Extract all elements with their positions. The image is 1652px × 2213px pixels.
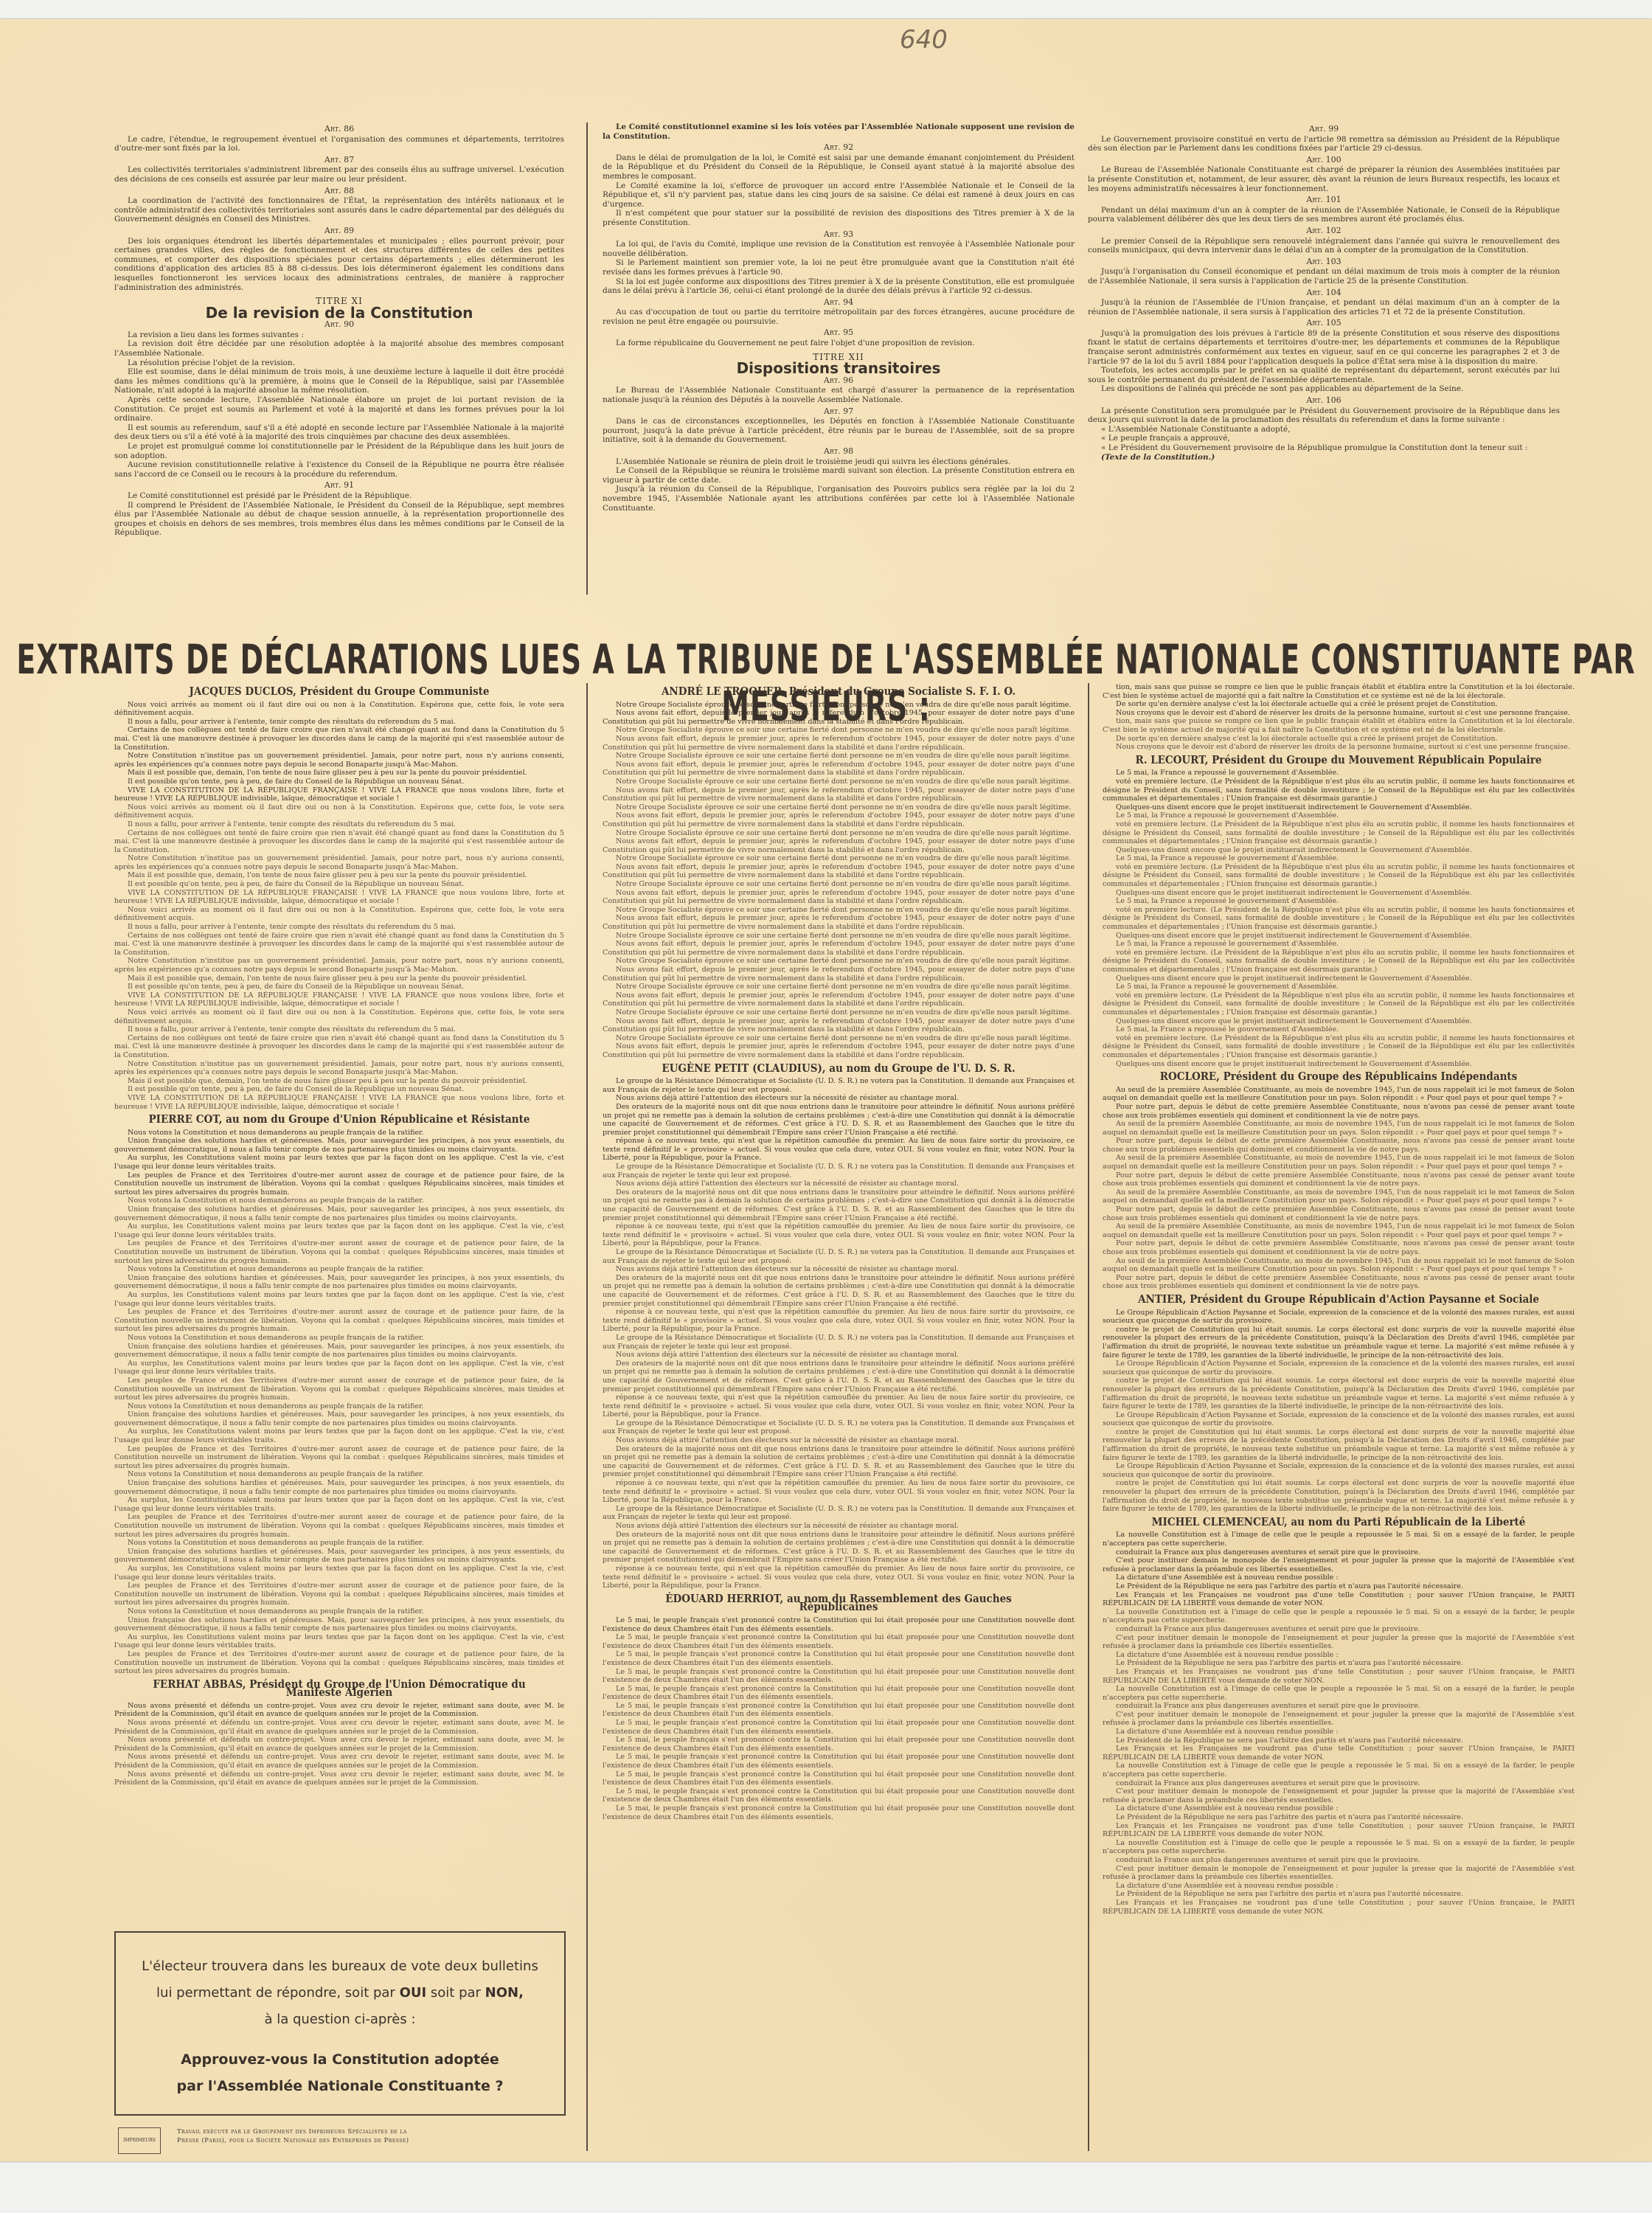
article-paragraph: Le projet est promulgué comme loi consti… xyxy=(114,442,564,460)
article-paragraph: Elle est soumise, dans le délai minimum … xyxy=(114,367,564,395)
constitution-closing: (Texte de la Constitution.) xyxy=(1088,453,1560,463)
speech-paragraph: Nous avions déjà attiré l'attention des … xyxy=(603,1522,1075,1531)
speech-paragraph: Quelques-uns disent encore que le projet… xyxy=(1103,1017,1575,1026)
speech-paragraph: Nous avons fait effort, depuis le premie… xyxy=(603,991,1075,1008)
speech-paragraph: Le groupe de la Résistance Démocratique … xyxy=(603,1419,1075,1436)
speech-paragraph: Au surplus, les Constitutions valent moi… xyxy=(114,1633,564,1650)
speech-paragraph: voté en première lecture. (Le Président … xyxy=(1103,863,1575,889)
article-number: Art. 96 xyxy=(603,376,1075,386)
speech-paragraph: Nous votons la Constitution et nous dema… xyxy=(114,1402,564,1411)
speech-paragraph: Union française des solutions hardies et… xyxy=(114,1616,564,1633)
speech-paragraph: Les Français et les Françaises ne voudro… xyxy=(1103,1591,1575,1608)
article-paragraph: Le Comité constitutionnel examine si les… xyxy=(603,122,1075,141)
oui-label: OUI xyxy=(400,1985,427,2001)
speech-paragraph: Nous avons fait effort, depuis le premie… xyxy=(603,811,1075,828)
speech-paragraph: Nous avons fait effort, depuis le premie… xyxy=(603,863,1075,880)
speech-paragraph: Notre Groupe Socialiste éprouve ce soir … xyxy=(603,752,1075,761)
speech-paragraph: Certains de nos collègues ont tenté de f… xyxy=(114,726,564,752)
speech-paragraph: conduirait la France aux plus dangereuse… xyxy=(1103,1548,1575,1557)
handwritten-number: 640 xyxy=(900,25,948,55)
referendum-question-2: par l'Assemblée Nationale Constituante ? xyxy=(116,2073,564,2099)
speech-paragraph: Nous avons présenté et défendu un contre… xyxy=(114,1753,564,1770)
speech-paragraph: Le Groupe Républicain d'Action Paysanne … xyxy=(1103,1411,1575,1428)
article-paragraph: Il comprend le Président de l'Assemblée … xyxy=(114,501,564,538)
article-paragraph: Il est soumis au referendum, sauf s'il a… xyxy=(114,423,564,442)
speech-paragraph: Au surplus, les Constitutions valent moi… xyxy=(114,1496,564,1513)
speech-paragraph: Notre Groupe Socialiste éprouve ce soir … xyxy=(603,854,1075,863)
speech-paragraph: Nous avons fait effort, depuis le premie… xyxy=(603,1042,1075,1059)
speech-paragraph: VIVE LA CONSTITUTION DE LA RÉPUBLIQUE FR… xyxy=(114,786,564,803)
speech-paragraph: Pour notre part, depuis le début de cett… xyxy=(1103,1274,1575,1291)
speech-paragraph: voté en première lecture. (Le Président … xyxy=(1103,778,1575,803)
speech-paragraph: De sorte qu'en dernière analyse c'est la… xyxy=(1103,700,1575,709)
vote-line-1: L'électeur trouvera dans les bureaux de … xyxy=(116,1953,564,1980)
article-paragraph: Au cas d'occupation de tout ou partie du… xyxy=(603,308,1075,326)
article-paragraph: Le premier Conseil de la République sera… xyxy=(1088,237,1560,255)
article-number: Art. 103 xyxy=(1088,257,1560,267)
speech-paragraph: Pour notre part, depuis le début de cett… xyxy=(1103,1171,1575,1188)
article-paragraph: « Le peuple français a approuvé, xyxy=(1088,434,1560,443)
speech-paragraph: La dictature d'une Assemblée est à nouve… xyxy=(1103,1728,1575,1736)
speech-paragraph: Au seuil de la première Assemblée Consti… xyxy=(1103,1120,1575,1137)
speech-paragraph: La nouvelle Constitution est à l'image d… xyxy=(1103,1531,1575,1548)
article-paragraph: « L'Assemblée Nationale Constituante a a… xyxy=(1088,425,1560,434)
speech-paragraph: Des orateurs de la majorité nous ont dit… xyxy=(603,1360,1075,1393)
speech-paragraph: Le 5 mai, le peuple français s'est prono… xyxy=(603,1787,1075,1804)
speech-paragraph: Le Président de la République ne sera pa… xyxy=(1103,1890,1575,1899)
speech-paragraph: Les Français et les Françaises ne voudro… xyxy=(1103,1822,1575,1839)
article-number: Art. 94 xyxy=(603,298,1075,308)
speaker-heading: ROCLORE, Président du Groupe des Républi… xyxy=(1126,1073,1551,1081)
speech-paragraph: Au seuil de la première Assemblée Consti… xyxy=(1103,1188,1575,1205)
article-number: Art. 105 xyxy=(1088,319,1560,328)
article-paragraph: Les dispositions de l'alinéa qui précède… xyxy=(1088,384,1560,394)
article-number: Art. 93 xyxy=(603,230,1075,240)
speech-paragraph: Les peuples de France et des Territoires… xyxy=(114,1513,564,1539)
speech-paragraph: Au seuil de la première Assemblée Consti… xyxy=(1103,1154,1575,1171)
speech-paragraph: Les peuples de France et des Territoires… xyxy=(114,1445,564,1471)
speaker-heading: EUGÈNE PETIT (CLAUDIUS), au nom du Group… xyxy=(626,1064,1051,1073)
speech-paragraph: VIVE LA CONSTITUTION DE LA RÉPUBLIQUE FR… xyxy=(114,991,564,1008)
speech-paragraph: Nous avons fait effort, depuis le premie… xyxy=(603,1017,1075,1034)
speech-paragraph: Quelques-uns disent encore que le projet… xyxy=(1103,974,1575,983)
speech-paragraph: Les peuples de France et des Territoires… xyxy=(114,1650,564,1676)
speech-paragraph: Le Groupe Républicain d'Action Paysanne … xyxy=(1103,1462,1575,1479)
speech-paragraph: réponse à ce nouveau texte, qui n'est qu… xyxy=(603,1393,1075,1419)
speech-paragraph: réponse à ce nouveau texte, qui n'est qu… xyxy=(603,1479,1075,1505)
speech-paragraph: Union française des solutions hardies et… xyxy=(114,1479,564,1496)
speech-paragraph: C'est pour instituer demain le monopole … xyxy=(1103,1556,1575,1573)
speech-paragraph: Notre Groupe Socialiste éprouve ce soir … xyxy=(603,983,1075,991)
speech-paragraph: Quelques-uns disent encore que le projet… xyxy=(1103,846,1575,855)
referendum-question-1: Approuvez-vous la Constitution adoptée xyxy=(116,2046,564,2073)
speech-paragraph: La dictature d'une Assemblée est à nouve… xyxy=(1103,1651,1575,1660)
article-number: Art. 98 xyxy=(603,447,1075,457)
speech-paragraph: Notre Groupe Socialiste éprouve ce soir … xyxy=(603,778,1075,786)
speech-paragraph: Le Président de la République ne sera pa… xyxy=(1103,1813,1575,1822)
speech-paragraph: Notre Constitution n'institue pas un gou… xyxy=(114,1060,564,1077)
speech-paragraph: Au seuil de la première Assemblée Consti… xyxy=(1103,1257,1575,1274)
speech-paragraph: voté en première lecture. (Le Président … xyxy=(1103,906,1575,932)
speech-paragraph: Des orateurs de la majorité nous ont dit… xyxy=(603,1103,1075,1137)
speech-paragraph: La nouvelle Constitution est à l'image d… xyxy=(1103,1762,1575,1779)
speech-paragraph: Nous votons la Constitution et nous dema… xyxy=(114,1607,564,1616)
article-paragraph: La résolution précise l'objet de la revi… xyxy=(114,359,564,368)
speech-paragraph: Quelques-uns disent encore que le projet… xyxy=(1103,889,1575,898)
speech-paragraph: Au surplus, les Constitutions valent moi… xyxy=(114,1154,564,1171)
speech-paragraph: Nous avons fait effort, depuis le premie… xyxy=(603,837,1075,854)
speech-paragraph: Nous avons fait effort, depuis le premie… xyxy=(603,940,1075,957)
constitution-text: Art. 86Le cadre, l'étendue, le regroupem… xyxy=(114,122,1560,631)
speech-paragraph: Le 5 mai, la France a repoussé le gouver… xyxy=(1103,940,1575,949)
constitution-column-2: Le Comité constitutionnel examine si les… xyxy=(586,122,1075,595)
speech-paragraph: Union française des solutions hardies et… xyxy=(114,1205,564,1222)
speech-paragraph: Des orateurs de la majorité nous ont dit… xyxy=(603,1531,1075,1565)
speech-paragraph: Il est possible qu'on tente, peu à peu, … xyxy=(114,778,564,786)
speech-paragraph: C'est pour instituer demain le monopole … xyxy=(1103,1634,1575,1651)
speech-paragraph: Certains de nos collègues ont tenté de f… xyxy=(114,1034,564,1060)
speaker-heading: FERHAT ABBAS, Président du Groupe de l'U… xyxy=(137,1680,542,1697)
speech-paragraph: Nous avons fait effort, depuis le premie… xyxy=(603,709,1075,726)
article-number: Art. 91 xyxy=(114,481,564,491)
speech-paragraph: Les peuples de France et des Territoires… xyxy=(114,1171,564,1197)
speech-paragraph: Nous votons la Constitution et nous dema… xyxy=(114,1539,564,1548)
article-paragraph: Toutefois, les actes accomplis par le pr… xyxy=(1088,366,1560,384)
speech-paragraph: VIVE LA CONSTITUTION DE LA RÉPUBLIQUE FR… xyxy=(114,1094,564,1111)
speech-paragraph: Le 5 mai, le peuple français s'est prono… xyxy=(603,1633,1075,1650)
speech-paragraph: Nous avons présenté et défendu un contre… xyxy=(114,1770,564,1787)
speech-paragraph: Au surplus, les Constitutions valent moi… xyxy=(114,1565,564,1582)
speech-paragraph: Mais il est possible que, demain, l'on t… xyxy=(114,1077,564,1086)
speaker-heading: R. LECOURT, Président du Groupe du Mouve… xyxy=(1126,756,1551,765)
constitution-column-3: Art. 99Le Gouvernement provisoire consti… xyxy=(1088,122,1560,462)
speech-paragraph: Il est possible qu'on tente, peu à peu, … xyxy=(114,983,564,991)
speech-paragraph: Des orateurs de la majorité nous ont dit… xyxy=(603,1274,1075,1308)
speech-paragraph: Les Français et les Françaises ne voudro… xyxy=(1103,1899,1575,1916)
speech-paragraph: conduirait la France aux plus dangereuse… xyxy=(1103,1856,1575,1865)
article-paragraph: Pendant un délai maximum d'un an à compt… xyxy=(1088,206,1560,224)
article-paragraph: Dans le cas de circonstances exceptionne… xyxy=(603,417,1075,445)
speech-paragraph: Il est possible qu'on tente, peu à peu, … xyxy=(114,1085,564,1094)
speech-paragraph: Union française des solutions hardies et… xyxy=(114,1274,564,1291)
speech-paragraph: Le 5 mai, le peuple français s'est prono… xyxy=(603,1650,1075,1667)
article-paragraph: La loi qui, de l'avis du Comité, impliqu… xyxy=(603,240,1075,258)
speech-paragraph: tion, mais sans que puisse se rompre ce … xyxy=(1103,717,1575,734)
speech-paragraph: Le 5 mai, le peuple français s'est prono… xyxy=(603,1804,1075,1821)
article-paragraph: Le Comité examine la loi, s'efforce de p… xyxy=(603,181,1075,209)
speech-paragraph: Le Président de la République ne sera pa… xyxy=(1103,1736,1575,1745)
speech-paragraph: Au surplus, les Constitutions valent moi… xyxy=(114,1291,564,1308)
speech-paragraph: contre le projet de Constitution qui lui… xyxy=(1103,1326,1575,1360)
speech-paragraph: La dictature d'une Assemblée est à nouve… xyxy=(1103,1882,1575,1891)
article-paragraph: La revision doit être décidée par une ré… xyxy=(114,339,564,358)
speech-paragraph: Union française des solutions hardies et… xyxy=(114,1548,564,1565)
speech-paragraph: Quelques-uns disent encore que le projet… xyxy=(1103,803,1575,812)
article-paragraph: La coordination de l'activité des foncti… xyxy=(114,196,564,224)
speech-paragraph: Certains de nos collègues ont tenté de f… xyxy=(114,829,564,855)
article-paragraph: Le Gouvernement provisoire constitué en … xyxy=(1088,135,1560,153)
printer-logo-icon: IMPRIMEURS xyxy=(118,2127,161,2154)
speech-paragraph: Le groupe de la Résistance Démocratique … xyxy=(603,1334,1075,1351)
article-number: Art. 99 xyxy=(1088,125,1560,134)
article-paragraph: Jusqu'à l'organisation du Conseil économ… xyxy=(1088,267,1560,285)
article-paragraph: Les collectivités territoriales s'admini… xyxy=(114,165,564,184)
article-number: Art. 87 xyxy=(114,156,564,165)
speech-paragraph: Union française des solutions hardies et… xyxy=(114,1410,564,1427)
speech-paragraph: Nous croyons que le devoir est d'abord d… xyxy=(1103,743,1575,752)
speech-paragraph: Le 5 mai, la France a repoussé le gouver… xyxy=(1103,769,1575,778)
speech-paragraph: Le groupe de la Résistance Démocratique … xyxy=(603,1077,1075,1094)
speech-paragraph: C'est pour instituer demain le monopole … xyxy=(1103,1865,1575,1882)
speech-paragraph: Pour notre part, depuis le début de cett… xyxy=(1103,1103,1575,1120)
speech-paragraph: Le Groupe Républicain d'Action Paysanne … xyxy=(1103,1360,1575,1376)
speaker-heading: ÉDOUARD HERRIOT, au nom du Rassemblement… xyxy=(626,1595,1051,1612)
speech-paragraph: Nous croyons que le devoir est d'abord d… xyxy=(1103,709,1575,718)
speech-paragraph: Il nous a fallu, pour arriver à l'entent… xyxy=(114,923,564,932)
speech-paragraph: De sorte qu'en dernière analyse c'est la… xyxy=(1103,735,1575,744)
speech-paragraph: Le 5 mai, le peuple français s'est prono… xyxy=(603,1685,1075,1702)
article-paragraph: Après cette seconde lecture, l'Assemblée… xyxy=(114,395,564,423)
speech-paragraph: Quelques-uns disent encore que le projet… xyxy=(1103,1060,1575,1069)
article-paragraph: La revision a lieu dans les formes suiva… xyxy=(114,330,564,340)
speech-paragraph: voté en première lecture. (Le Président … xyxy=(1103,820,1575,846)
speech-paragraph: Il nous a fallu, pour arriver à l'entent… xyxy=(114,820,564,829)
speech-paragraph: La dictature d'une Assemblée est à nouve… xyxy=(1103,1573,1575,1582)
speech-paragraph: Union française des solutions hardies et… xyxy=(114,1343,564,1360)
speech-paragraph: conduirait la France aux plus dangereuse… xyxy=(1103,1702,1575,1711)
speech-paragraph: Le Président de la République ne sera pa… xyxy=(1103,1659,1575,1668)
speech-paragraph: Les peuples de France et des Territoires… xyxy=(114,1308,564,1334)
speech-paragraph: Nous avons présenté et défendu un contre… xyxy=(114,1736,564,1753)
speech-paragraph: Il nous a fallu, pour arriver à l'entent… xyxy=(114,718,564,727)
speech-paragraph: Au seuil de la première Assemblée Consti… xyxy=(1103,1222,1575,1239)
speech-column-3: tion, mais sans que puisse se rompre ce … xyxy=(1088,683,1575,2151)
speech-paragraph: Certains de nos collègues ont tenté de f… xyxy=(114,932,564,957)
speech-paragraph: Notre Groupe Socialiste éprouve ce soir … xyxy=(603,701,1075,710)
speech-paragraph: Nous avons fait effort, depuis le premie… xyxy=(603,889,1075,906)
titre-heading: Dispositions transitoires xyxy=(603,364,1075,373)
speech-paragraph: Nous avions déjà attiré l'attention des … xyxy=(603,1265,1075,1274)
speech-paragraph: Nous avons présenté et défendu un contre… xyxy=(114,1702,564,1719)
speech-paragraph: Pour notre part, depuis le début de cett… xyxy=(1103,1239,1575,1256)
article-number: Art. 100 xyxy=(1088,156,1560,165)
speech-paragraph: conduirait la France aux plus dangereuse… xyxy=(1103,1625,1575,1634)
article-paragraph: L'Assemblée Nationale se réunira de plei… xyxy=(603,457,1075,467)
article-paragraph: Le Conseil de la République se réunira l… xyxy=(603,466,1075,485)
speech-paragraph: La nouvelle Constitution est à l'image d… xyxy=(1103,1839,1575,1856)
speaker-heading: ANTIER, Président du Groupe Républicain … xyxy=(1126,1295,1551,1304)
speech-paragraph: Nous avons fait effort, depuis le premie… xyxy=(603,966,1075,983)
speech-paragraph: Les Français et les Françaises ne voudro… xyxy=(1103,1745,1575,1762)
speech-paragraph: Le 5 mai, le peuple français s'est prono… xyxy=(603,1753,1075,1770)
speech-paragraph: Les Français et les Françaises ne voudro… xyxy=(1103,1668,1575,1685)
speech-paragraph: contre le projet de Constitution qui lui… xyxy=(1103,1376,1575,1410)
article-paragraph: Jusqu'à la réunion du Conseil de la Répu… xyxy=(603,485,1075,513)
speech-paragraph: voté en première lecture. (Le Président … xyxy=(1103,1034,1575,1060)
article-paragraph: Le Bureau de l'Assemblée Nationale Const… xyxy=(603,386,1075,404)
speech-paragraph: Le 5 mai, le peuple français s'est prono… xyxy=(603,1616,1075,1633)
speech-paragraph: Des orateurs de la majorité nous ont dit… xyxy=(603,1445,1075,1479)
speech-paragraph: Notre Groupe Socialiste éprouve ce soir … xyxy=(603,829,1075,838)
speech-paragraph: Le 5 mai, le peuple français s'est prono… xyxy=(603,1770,1075,1787)
article-paragraph: Jusqu'à la promulgation des lois prévues… xyxy=(1088,329,1560,366)
speech-paragraph: Le Président de la République ne sera pa… xyxy=(1103,1582,1575,1591)
speech-paragraph: Notre Groupe Socialiste éprouve ce soir … xyxy=(603,957,1075,966)
speech-paragraph: Notre Groupe Socialiste éprouve ce soir … xyxy=(603,1034,1075,1043)
titre-heading: De la revision de la Constitution xyxy=(114,308,564,318)
article-paragraph: Aucune revision constitutionnelle relati… xyxy=(114,460,564,479)
speech-paragraph: Mais il est possible que, demain, l'on t… xyxy=(114,871,564,880)
speaker-heading: JACQUES DUCLOS, Président du Groupe Comm… xyxy=(137,688,542,696)
speech-paragraph: Le 5 mai, le peuple français s'est prono… xyxy=(603,1736,1075,1753)
non-label: NON, xyxy=(485,1985,524,2001)
speech-paragraph: voté en première lecture. (Le Président … xyxy=(1103,949,1575,974)
speech-paragraph: Au seuil de la première Assemblée Consti… xyxy=(1103,1086,1575,1103)
article-paragraph: « Le Président du Gouvernement provisoir… xyxy=(1088,443,1560,453)
speech-paragraph: Au surplus, les Constitutions valent moi… xyxy=(114,1427,564,1444)
speech-paragraph: Nous avons fait effort, depuis le premie… xyxy=(603,735,1075,752)
speech-paragraph: Pour notre part, depuis le début de cett… xyxy=(1103,1137,1575,1154)
speech-paragraph: Nous avons présenté et défendu un contre… xyxy=(114,1719,564,1736)
speech-paragraph: Nous voici arrivés au moment où il faut … xyxy=(114,906,564,923)
article-number: Art. 101 xyxy=(1088,195,1560,205)
article-number: Art. 90 xyxy=(114,320,564,330)
speech-paragraph: Mais il est possible que, demain, l'on t… xyxy=(114,974,564,983)
imprint-line-2: Presse (Paris), pour la Société National… xyxy=(177,2136,560,2145)
article-number: Art. 86 xyxy=(114,125,564,134)
speech-paragraph: VIVE LA CONSTITUTION DE LA RÉPUBLIQUE FR… xyxy=(114,889,564,906)
speech-paragraph: Pour notre part, depuis le début de cett… xyxy=(1103,1205,1575,1222)
speech-paragraph: C'est pour instituer demain le monopole … xyxy=(1103,1711,1575,1728)
poster-sheet: 640 Art. 86Le cadre, l'étendue, le regro… xyxy=(0,19,1652,2161)
speech-paragraph: contre le projet de Constitution qui lui… xyxy=(1103,1428,1575,1462)
article-paragraph: Dans le délai de promulgation de la loi,… xyxy=(603,153,1075,181)
speech-paragraph: Nous avons fait effort, depuis le premie… xyxy=(603,761,1075,778)
article-paragraph: La présente Constitution sera promulguée… xyxy=(1088,406,1560,425)
speech-paragraph: Le 5 mai, la France a repoussé le gouver… xyxy=(1103,811,1575,820)
article-paragraph: Si la loi est jugée conforme aux disposi… xyxy=(603,277,1075,296)
speech-paragraph: Les peuples de France et des Territoires… xyxy=(114,1376,564,1402)
speech-paragraph: Le 5 mai, la France a repoussé le gouver… xyxy=(1103,1025,1575,1034)
printer-imprint: IMPRIMEURS Travail exécuté par le Groupe… xyxy=(118,2127,560,2145)
article-number: Art. 102 xyxy=(1088,226,1560,236)
speech-paragraph: Nous votons la Constitution et nous dema… xyxy=(114,1196,564,1205)
speech-paragraph: La nouvelle Constitution est à l'image d… xyxy=(1103,1685,1575,1702)
speech-paragraph: Au surplus, les Constitutions valent moi… xyxy=(114,1222,564,1239)
speech-column-2: ANDRÉ LE TROQUER, Président du Groupe So… xyxy=(586,683,1075,2151)
speech-paragraph: Les peuples de France et des Territoires… xyxy=(114,1582,564,1607)
speech-paragraph: Nous avions déjà attiré l'attention des … xyxy=(603,1180,1075,1188)
speech-paragraph: Le 5 mai, la France a repoussé le gouver… xyxy=(1103,983,1575,991)
speech-paragraph: Le 5 mai, la France a repoussé le gouver… xyxy=(1103,854,1575,863)
speech-paragraph: réponse à ce nouveau texte, qui n'est qu… xyxy=(603,1565,1075,1590)
speech-paragraph: Le groupe de la Résistance Démocratique … xyxy=(603,1163,1075,1180)
article-number: Art. 88 xyxy=(114,187,564,196)
speech-paragraph: Union française des solutions hardies et… xyxy=(114,1137,564,1154)
speech-paragraph: Nous avions déjà attiré l'attention des … xyxy=(603,1351,1075,1360)
speech-paragraph: Le 5 mai, le peuple français s'est prono… xyxy=(603,1719,1075,1736)
speech-paragraph: Au surplus, les Constitutions valent moi… xyxy=(114,1360,564,1376)
vote-line-3: à la question ci-après : xyxy=(116,2006,564,2033)
speech-paragraph: Nous voici arrivés au moment où il faut … xyxy=(114,701,564,718)
speech-paragraph: Des orateurs de la majorité nous ont dit… xyxy=(603,1188,1075,1222)
speech-paragraph: Nous votons la Constitution et nous dema… xyxy=(114,1265,564,1274)
speech-paragraph: Le groupe de la Résistance Démocratique … xyxy=(603,1248,1075,1265)
speech-paragraph: Notre Constitution n'institue pas un gou… xyxy=(114,957,564,974)
speech-paragraph: Notre Groupe Socialiste éprouve ce soir … xyxy=(603,906,1075,915)
speaker-heading: ANDRÉ LE TROQUER, Président du Groupe So… xyxy=(626,688,1051,696)
speech-paragraph: La nouvelle Constitution est à l'image d… xyxy=(1103,1608,1575,1625)
speech-paragraph: Quelques-uns disent encore que le projet… xyxy=(1103,932,1575,941)
speech-paragraph: Le 5 mai, la France a repoussé le gouver… xyxy=(1103,897,1575,906)
speech-paragraph: Le groupe de la Résistance Démocratique … xyxy=(603,1505,1075,1522)
speaker-heading: MICHEL CLEMENCEAU, au nom du Parti Répub… xyxy=(1126,1518,1551,1527)
speech-paragraph: Le 5 mai, le peuple français s'est prono… xyxy=(603,1668,1075,1685)
speech-paragraph: Il nous a fallu, pour arriver à l'entent… xyxy=(114,1025,564,1034)
speaker-heading: PIERRE COT, au nom du Groupe d'Union Rép… xyxy=(137,1115,542,1124)
article-paragraph: Jusqu'à la réunion de l'Assemblée de l'U… xyxy=(1088,298,1560,316)
imprint-line-1: Travail exécuté par le Groupement des Im… xyxy=(177,2127,560,2136)
speech-paragraph: conduirait la France aux plus dangereuse… xyxy=(1103,1779,1575,1788)
speech-paragraph: Notre Constitution n'institue pas un gou… xyxy=(114,752,564,769)
speech-paragraph: Nous avions déjà attiré l'attention des … xyxy=(603,1436,1075,1445)
speech-paragraph: Le Groupe Républicain d'Action Paysanne … xyxy=(1103,1309,1575,1326)
speech-paragraph: réponse à ce nouveau texte, qui n'est qu… xyxy=(603,1137,1075,1163)
speech-paragraph: Notre Groupe Socialiste éprouve ce soir … xyxy=(603,932,1075,941)
speech-paragraph: Nous votons la Constitution et nous dema… xyxy=(114,1129,564,1137)
article-paragraph: La forme républicaine du Gouvernement ne… xyxy=(603,339,1075,348)
article-paragraph: Il n'est compétent que pour statuer sur … xyxy=(603,209,1075,227)
speech-paragraph: Le 5 mai, le peuple français s'est prono… xyxy=(603,1702,1075,1719)
speech-paragraph: Notre Constitution n'institue pas un gou… xyxy=(114,854,564,871)
speech-paragraph: réponse à ce nouveau texte, qui n'est qu… xyxy=(603,1222,1075,1248)
speech-paragraph: C'est pour instituer demain le monopole … xyxy=(1103,1787,1575,1804)
speech-paragraph: Notre Groupe Socialiste éprouve ce soir … xyxy=(603,726,1075,735)
article-number: Art. 104 xyxy=(1088,288,1560,298)
speech-paragraph: Les peuples de France et des Territoires… xyxy=(114,1239,564,1265)
speech-paragraph: Nous avions déjà attiré l'attention des … xyxy=(603,1094,1075,1103)
vote-line-2: lui permettant de répondre, soit par OUI… xyxy=(116,1980,564,2006)
speech-paragraph: Notre Groupe Socialiste éprouve ce soir … xyxy=(603,803,1075,812)
article-number: Art. 106 xyxy=(1088,396,1560,406)
speech-paragraph: Nous votons la Constitution et nous dema… xyxy=(114,1470,564,1479)
article-paragraph: Le cadre, l'étendue, le regroupement éve… xyxy=(114,135,564,153)
article-number: Art. 97 xyxy=(603,407,1075,417)
article-paragraph: Le Comité constitutionnel est présidé pa… xyxy=(114,491,564,501)
speech-paragraph: voté en première lecture. (Le Président … xyxy=(1103,991,1575,1017)
speech-paragraph: Nous voici arrivés au moment où il faut … xyxy=(114,803,564,820)
speech-paragraph: La dictature d'une Assemblée est à nouve… xyxy=(1103,1804,1575,1813)
article-number: Art. 89 xyxy=(114,226,564,236)
speech-paragraph: Notre Groupe Socialiste éprouve ce soir … xyxy=(603,880,1075,889)
article-paragraph: Si le Parlement maintient son premier vo… xyxy=(603,258,1075,277)
speech-paragraph: Nous avons fait effort, depuis le premie… xyxy=(603,786,1075,803)
speech-paragraph: tion, mais sans que puisse se rompre ce … xyxy=(1103,683,1575,700)
speech-paragraph: contre le projet de Constitution qui lui… xyxy=(1103,1479,1575,1513)
article-number: Art. 95 xyxy=(603,328,1075,338)
speech-paragraph: Notre Groupe Socialiste éprouve ce soir … xyxy=(603,1008,1075,1017)
article-paragraph: Le Bureau de l'Assemblée Nationale Const… xyxy=(1088,165,1560,193)
vote-instructions-box: L'électeur trouvera dans les bureaux de … xyxy=(114,1931,566,2116)
article-paragraph: Des lois organiques étendront les libert… xyxy=(114,237,564,293)
speech-paragraph: Nous votons la Constitution et nous dema… xyxy=(114,1334,564,1343)
article-number: Art. 92 xyxy=(603,143,1075,153)
constitution-column-1: Art. 86Le cadre, l'étendue, le regroupem… xyxy=(114,122,564,538)
speech-paragraph: Mais il est possible que, demain, l'on t… xyxy=(114,769,564,778)
speech-paragraph: réponse à ce nouveau texte, qui n'est qu… xyxy=(603,1308,1075,1334)
speech-paragraph: Nous voici arrivés au moment où il faut … xyxy=(114,1008,564,1025)
speech-paragraph: Nous avons fait effort, depuis le premie… xyxy=(603,914,1075,931)
